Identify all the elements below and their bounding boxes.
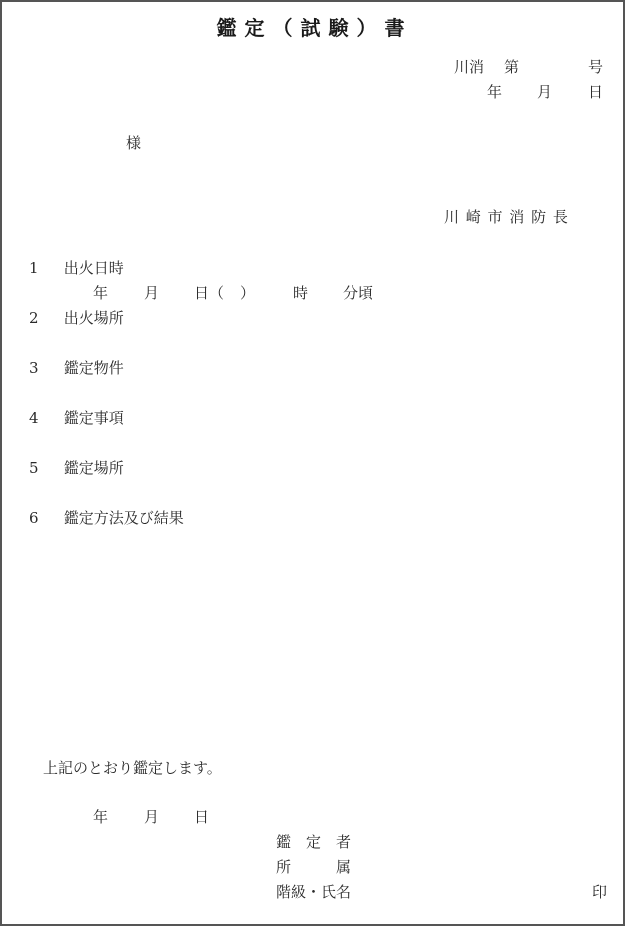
item-number: 6 (29, 509, 59, 527)
item-label: 鑑定場所 (64, 459, 124, 477)
fire-minute: 分頃 (343, 282, 373, 303)
fire-hour: 時 (293, 282, 308, 303)
fire-paren-close: ） (240, 282, 255, 303)
footer-date-year: 年 (93, 806, 108, 827)
item-6: 6 鑑定方法及び結果 (29, 507, 184, 528)
appraisal-document-page: 鑑定（試験）書 川消 第 号 年 月 日 様 川 崎 市 消 防 長 1 出火日… (0, 0, 625, 926)
item-label: 出火場所 (64, 309, 124, 327)
item-label: 出火日時 (64, 259, 124, 277)
document-title: 鑑定（試験）書 (2, 12, 625, 41)
item-2: 2 出火場所 (29, 307, 124, 328)
item-label: 鑑定方法及び結果 (64, 509, 184, 527)
fire-year: 年 (93, 282, 108, 303)
ref-go: 号 (588, 56, 603, 77)
affiliation-label: 所 属 (276, 856, 351, 877)
addressee-suffix: 様 (126, 132, 141, 153)
item-4: 4 鑑定事項 (29, 407, 124, 428)
fire-month: 月 (144, 282, 159, 303)
header-date-year: 年 (487, 81, 502, 102)
seal-mark: 印 (592, 881, 607, 902)
footer-date-month: 月 (144, 806, 159, 827)
item-label: 鑑定事項 (64, 409, 124, 427)
rank-name-label: 階級・氏名 (276, 881, 351, 902)
header-date-day: 日 (588, 81, 603, 102)
footer-date-day: 日 (194, 806, 209, 827)
item-number: 3 (29, 359, 59, 377)
item-3: 3 鑑定物件 (29, 357, 124, 378)
item-1: 1 出火日時 (29, 257, 124, 278)
item-5: 5 鑑定場所 (29, 457, 124, 478)
appraiser-label: 鑑 定 者 (276, 831, 351, 852)
item-number: 2 (29, 309, 59, 327)
item-number: 1 (29, 259, 59, 277)
item-number: 5 (29, 459, 59, 477)
item-label: 鑑定物件 (64, 359, 124, 377)
item-number: 4 (29, 409, 59, 427)
statement: 上記のとおり鑑定します。 (43, 757, 222, 778)
issuer-name: 川 崎 市 消 防 長 (444, 206, 569, 227)
ref-prefix: 川消 (454, 56, 484, 77)
header-date-month: 月 (537, 81, 552, 102)
ref-dai: 第 (504, 56, 519, 77)
fire-day: 日（ (194, 282, 224, 303)
